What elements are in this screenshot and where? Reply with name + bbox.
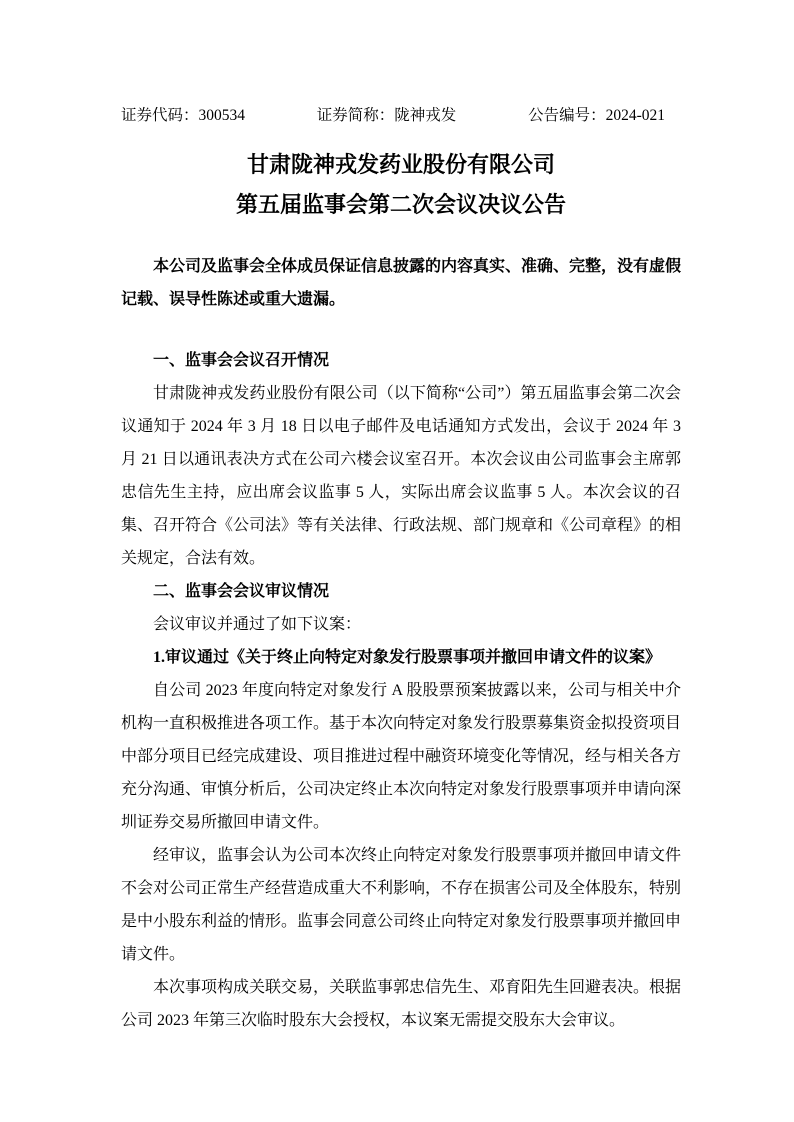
document-header-row: 证券代码：300534 证券简称：陇神戎发 公告编号：2024-021 xyxy=(121,105,681,126)
section-1-paragraph: 甘肃陇神戎发药业股份有限公司（以下简称“公司”）第五届监事会第二次会议通知于 2… xyxy=(121,377,681,575)
announcement-number-text: 公告编号：2024-021 xyxy=(528,105,665,126)
section-2-heading: 二、监事会会议审议情况 xyxy=(121,575,681,608)
proposal-1-paragraph-1: 自公司 2023 年度向特定对象发行 A 股股票预案披露以来，公司与相关中介机构… xyxy=(121,674,681,839)
stock-name-text: 证券简称：陇神戎发 xyxy=(317,105,457,126)
company-name-title: 甘肃陇神戎发药业股份有限公司 xyxy=(121,149,681,181)
stock-code-text: 证券代码：300534 xyxy=(121,105,245,126)
proposal-1-paragraph-3: 本次事项构成关联交易，关联监事郭忠信先生、邓育阳先生回避表决。根据公司 2023… xyxy=(121,971,681,1037)
announcement-title: 第五届监事会第二次会议决议公告 xyxy=(121,189,681,221)
announcement-page: 证券代码：300534 证券简称：陇神戎发 公告编号：2024-021 甘肃陇神… xyxy=(0,0,794,1122)
proposal-1-paragraph-2: 经审议，监事会认为公司本次终止向特定对象发行股票事项并撤回申请文件不会对公司正常… xyxy=(121,839,681,971)
section-2-intro: 会议审议并通过了如下议案： xyxy=(121,608,681,641)
proposal-1-heading: 1.审议通过《关于终止向特定对象发行股票事项并撤回申请文件的议案》 xyxy=(121,641,681,674)
disclaimer-paragraph: 本公司及监事会全体成员保证信息披露的内容真实、准确、完整，没有虚假记载、误导性陈… xyxy=(121,250,681,316)
section-1-heading: 一、监事会会议召开情况 xyxy=(121,344,681,377)
